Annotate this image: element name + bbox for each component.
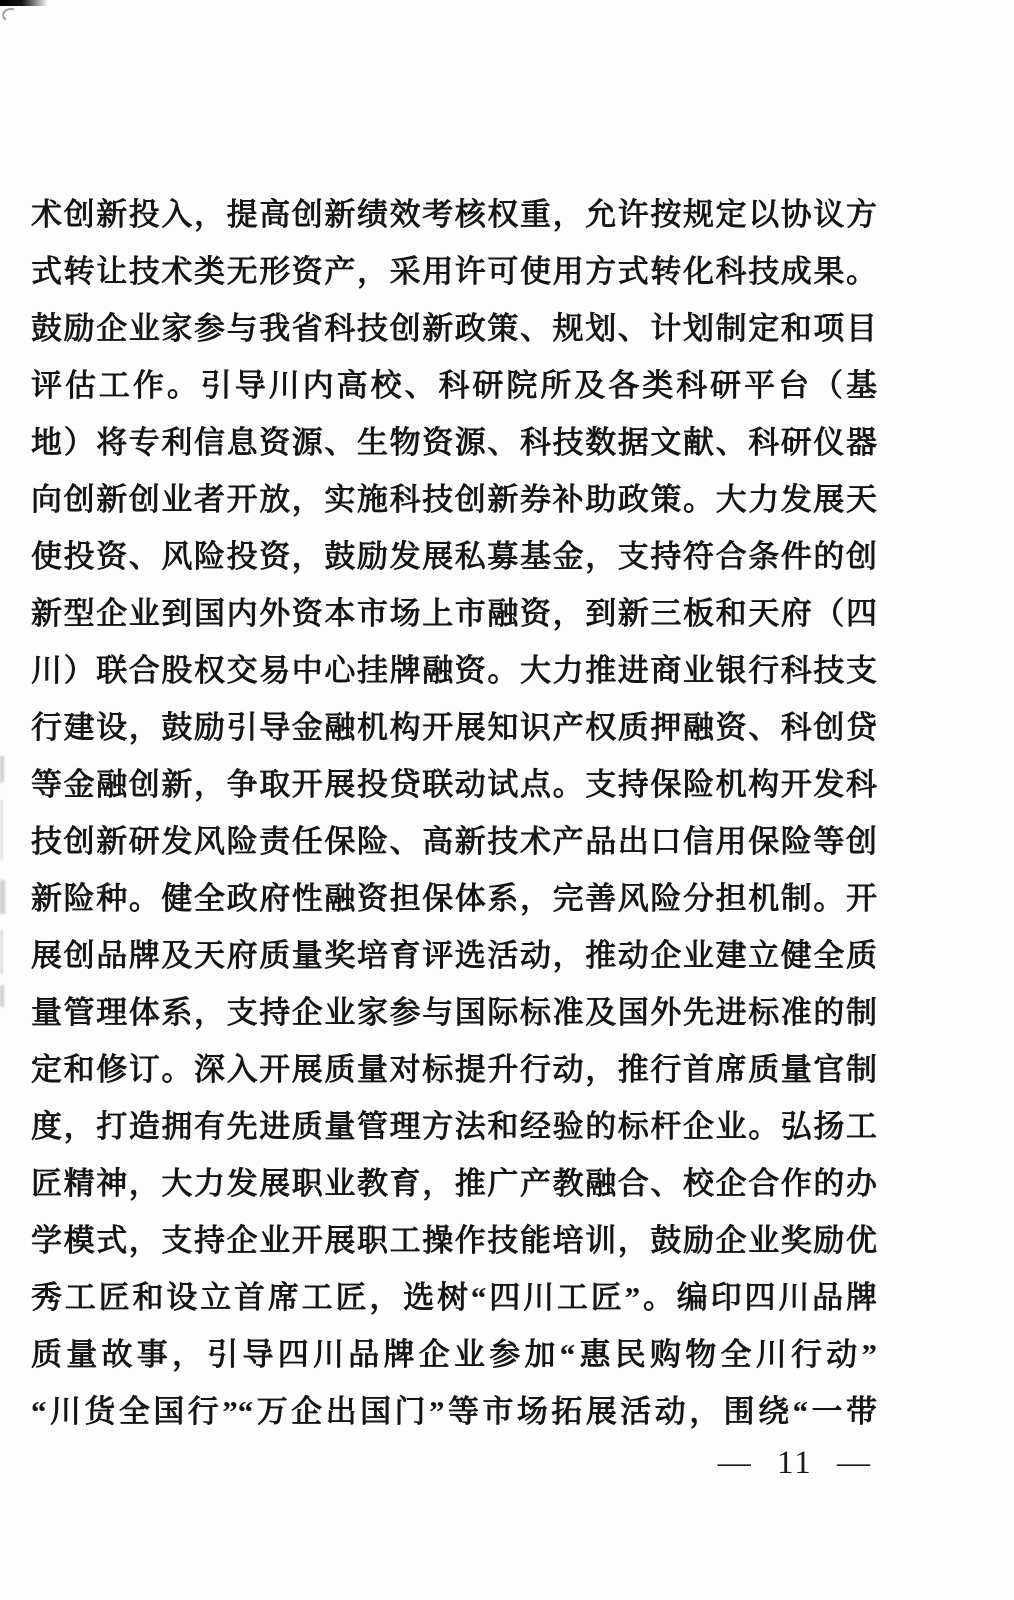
text-line: 地）将专利信息资源、生物资源、科技数据文献、科研仪器 — [31, 414, 877, 471]
page-number: — 11 — — [718, 1445, 872, 1482]
text-line: 使投资、风险投资，鼓励发展私募基金，支持符合条件的创 — [31, 528, 877, 585]
text-line: 评估工作。引导川内高校、科研院所及各类科研平台（基 — [31, 357, 877, 414]
document-page: 术创新投入，提高创新绩效考核权重，允许按规定以协议方 式转让技术类无形资产，采用… — [0, 0, 1014, 1600]
text-line: 等金融创新，争取开展投贷联动试点。支持保险机构开发科 — [31, 756, 877, 813]
text-line: 鼓励企业家参与我省科技创新政策、规划、计划制定和项目 — [31, 300, 877, 357]
text-line: 新险种。健全政府性融资担保体系，完善风险分担机制。开 — [31, 870, 877, 927]
text-line: 度，打造拥有先进质量管理方法和经验的标杆企业。弘扬工 — [31, 1098, 877, 1155]
text-line: 展创品牌及天府质量奖培育评选活动，推动企业建立健全质 — [31, 927, 877, 984]
scan-artifact-left-edge — [0, 800, 3, 860]
scan-artifact-left-edge — [0, 880, 5, 914]
body-text: 术创新投入，提高创新绩效考核权重，允许按规定以协议方 式转让技术类无形资产，采用… — [31, 186, 877, 1440]
text-line: 秀工匠和设立首席工匠，选树“四川工匠”。编印四川品牌 — [31, 1269, 877, 1326]
scan-artifact-corner — [0, 0, 48, 6]
text-line: 术创新投入，提高创新绩效考核权重，允许按规定以协议方 — [31, 186, 877, 243]
scan-artifact-left-edge — [0, 930, 3, 974]
text-line: 技创新研发风险责任保险、高新技术产品出口信用保险等创 — [31, 813, 877, 870]
text-line: 川）联合股权交易中心挂牌融资。大力推进商业银行科技支 — [31, 642, 877, 699]
text-line: 学模式，支持企业开展职工操作技能培训，鼓励企业奖励优 — [31, 1212, 877, 1269]
text-line: 行建设，鼓励引导金融机构开展知识产权质押融资、科创贷 — [31, 699, 877, 756]
text-line: 匠精神，大力发展职业教育，推广产教融合、校企合作的办 — [31, 1155, 877, 1212]
text-line: 式转让技术类无形资产，采用许可使用方式转化科技成果。 — [31, 243, 877, 300]
text-line: 定和修订。深入开展质量对标提升行动，推行首席质量官制 — [31, 1041, 877, 1098]
text-line: 新型企业到国内外资本市场上市融资，到新三板和天府（四 — [31, 585, 877, 642]
text-line: 质量故事，引导四川品牌企业参加“惠民购物全川行动” — [31, 1326, 877, 1383]
text-line: 向创新创业者开放，实施科技创新券补助政策。大力发展天 — [31, 471, 877, 528]
text-line: “川货全国行”“万企出国门”等市场拓展活动，围绕“一带 — [31, 1383, 877, 1440]
scan-artifact-left-edge — [0, 756, 4, 782]
text-line: 量管理体系，支持企业家参与国际标准及国外先进标准的制 — [31, 984, 877, 1041]
scan-artifact-corner-curl — [1, 6, 20, 23]
scan-artifact-left-edge — [0, 985, 4, 1007]
